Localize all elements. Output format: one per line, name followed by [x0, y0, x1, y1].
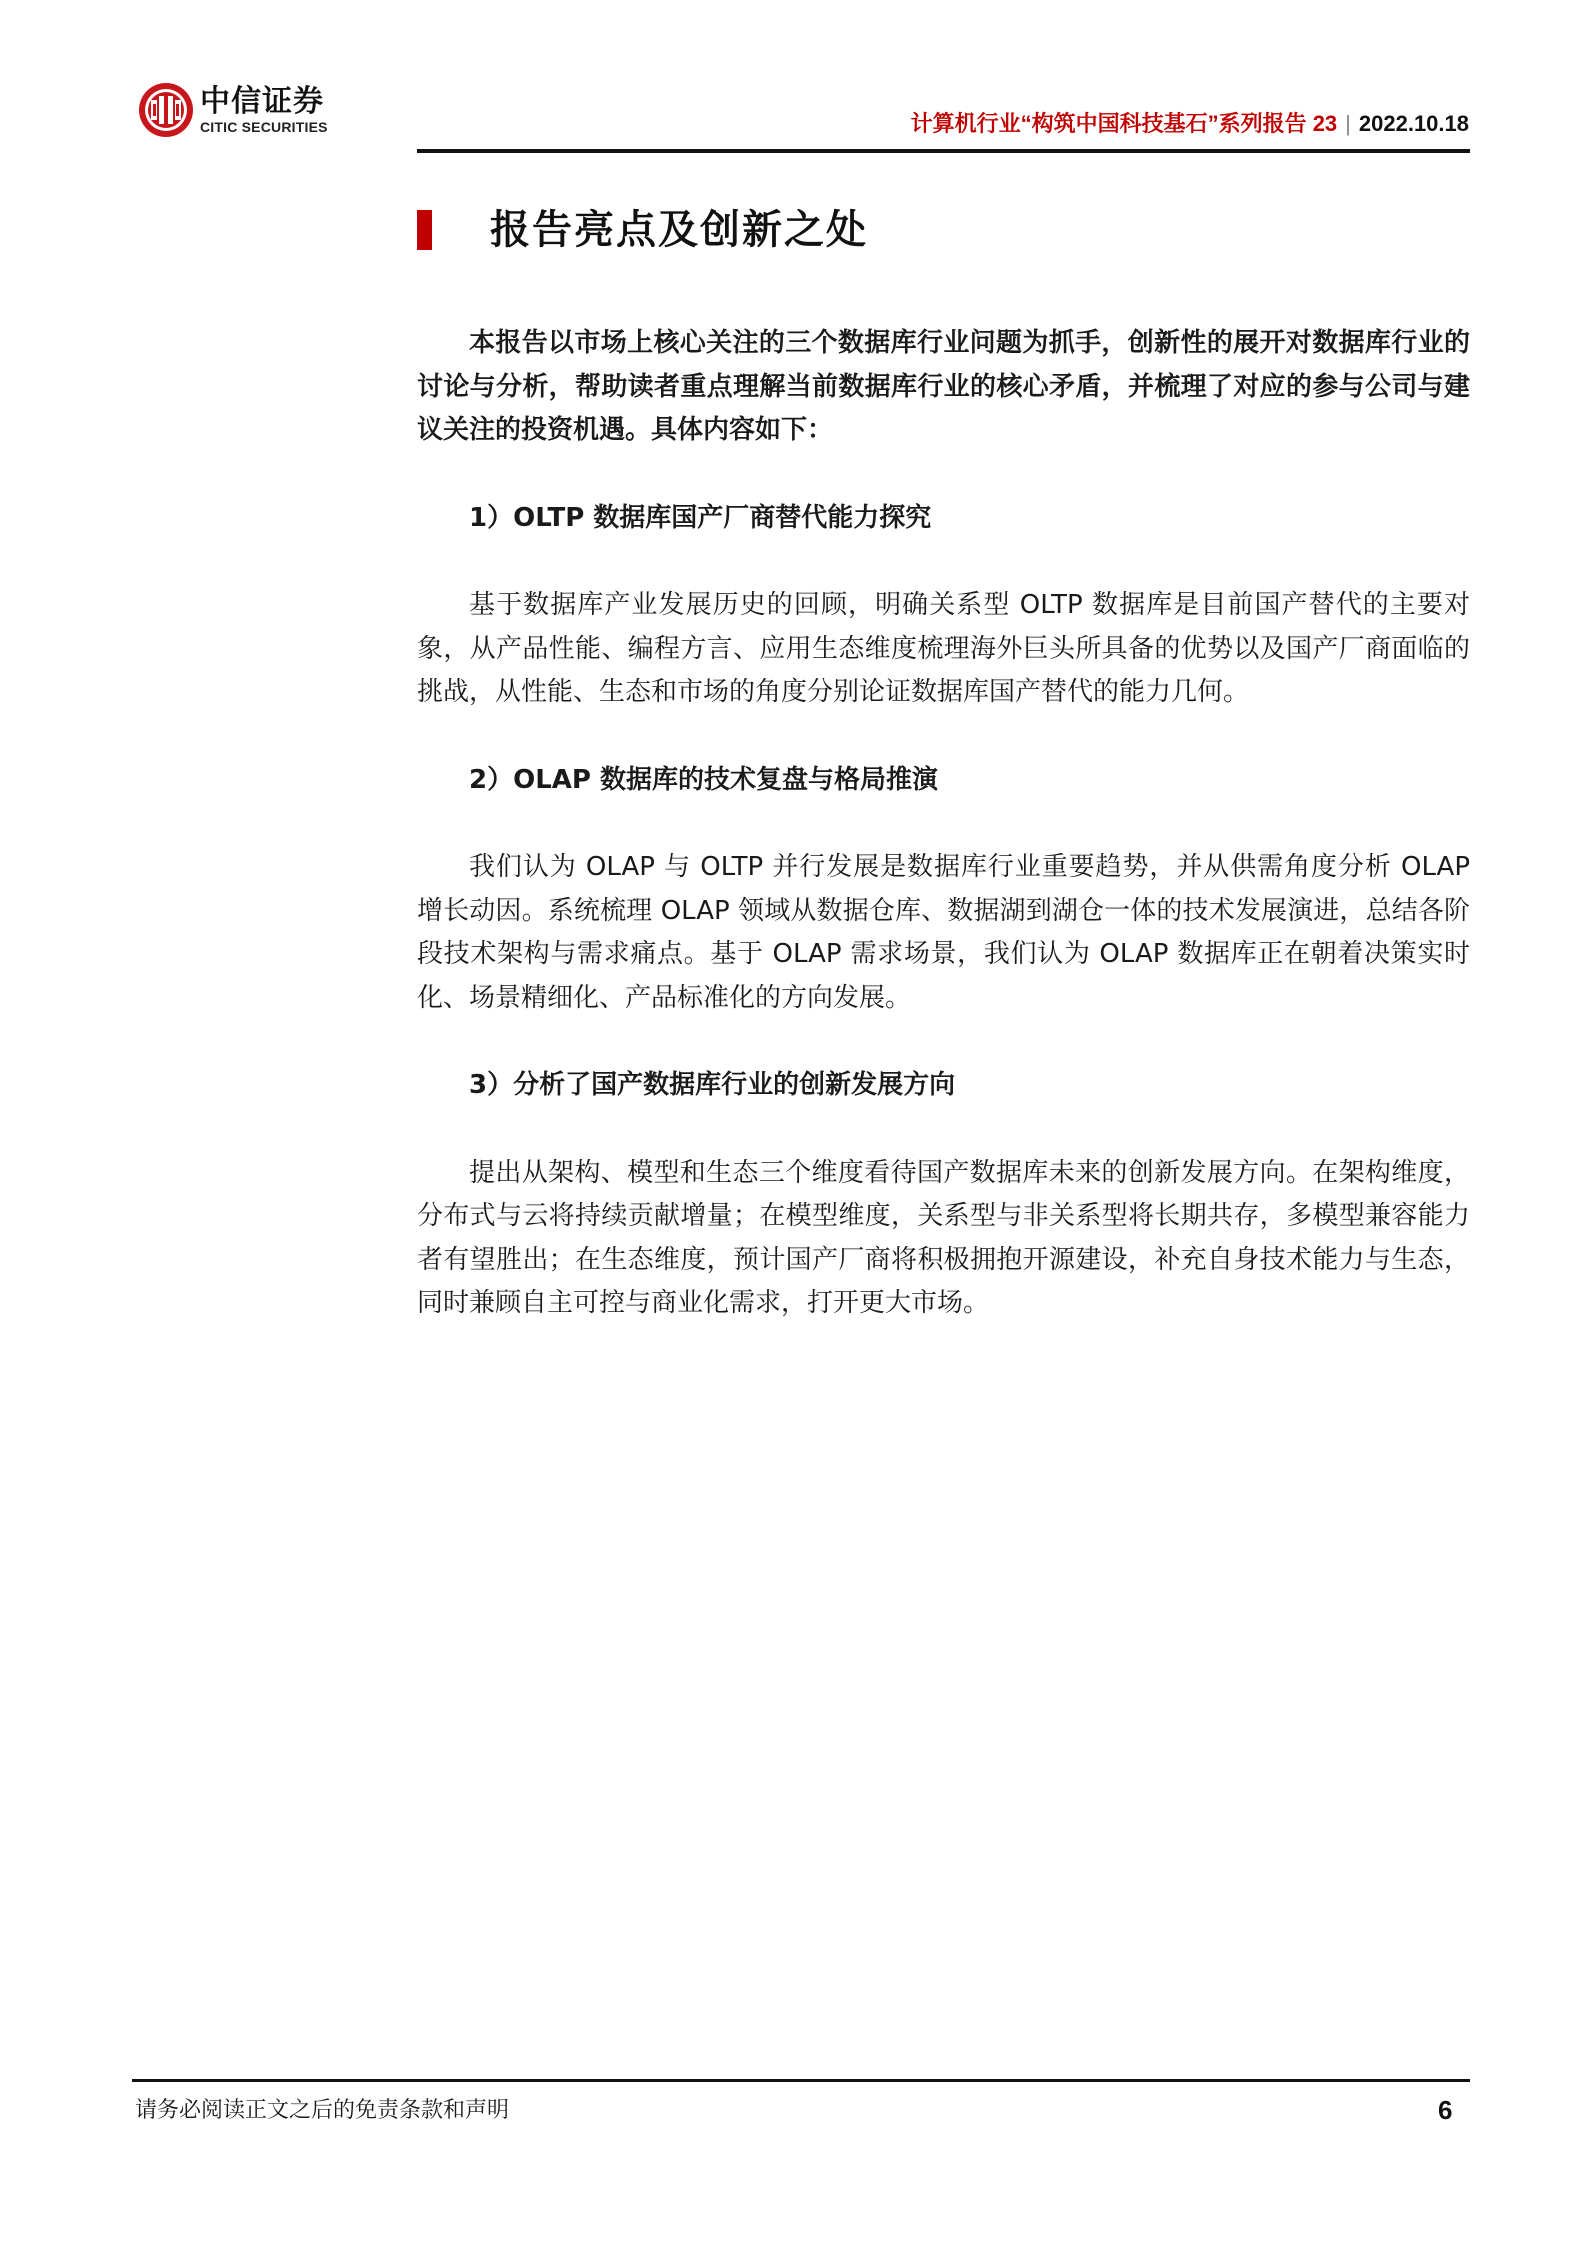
section-marker-bar	[417, 210, 432, 250]
highlight-heading-3: 3）分析了国产数据库行业的创新发展方向	[417, 1064, 1470, 1108]
disclaimer-note: 请务必阅读正文之后的免责条款和声明	[135, 2096, 509, 2126]
footer-divider	[132, 2079, 1470, 2082]
highlight-heading-1: 1）OLTP 数据库国产厂商替代能力探究	[417, 497, 1470, 541]
highlight-heading-2: 2）OLAP 数据库的技术复盘与格局推演	[417, 759, 1470, 803]
section-title: 报告亮点及创新之处	[490, 205, 868, 255]
logo-chinese-name: 中信证券	[200, 85, 328, 119]
page-number: 6	[1438, 2094, 1452, 2126]
citic-logo: 中信证券 CITIC SECURITIES	[138, 82, 328, 138]
highlight-text-3: 提出从架构、模型和生态三个维度看待国产数据库未来的创新发展方向。在架构维度，分布…	[417, 1152, 1470, 1326]
header-separator: |	[1345, 111, 1351, 136]
highlight-text-1: 基于数据库产业发展历史的回顾，明确关系型 OLTP 数据库是目前国产替代的主要对…	[417, 584, 1470, 715]
report-body: 本报告以市场上核心关注的三个数据库行业问题为抓手，创新性的展开对数据库行业的讨论…	[417, 322, 1470, 1370]
header-divider	[417, 149, 1470, 153]
section-heading: 报告亮点及创新之处	[417, 205, 868, 255]
highlight-text-2: 我们认为 OLAP 与 OLTP 并行发展是数据库行业重要趋势，并从供需角度分析…	[417, 846, 1470, 1020]
report-header: 计算机行业“构筑中国科技基石”系列报告 23|2022.10.18	[911, 110, 1469, 138]
intro-paragraph: 本报告以市场上核心关注的三个数据库行业问题为抓手，创新性的展开对数据库行业的讨论…	[417, 322, 1470, 453]
citic-logo-icon	[138, 82, 194, 138]
logo-english-name: CITIC SECURITIES	[200, 119, 328, 135]
series-title: 计算机行业“构筑中国科技基石”系列报告 23	[911, 111, 1338, 136]
report-date: 2022.10.18	[1359, 111, 1469, 136]
